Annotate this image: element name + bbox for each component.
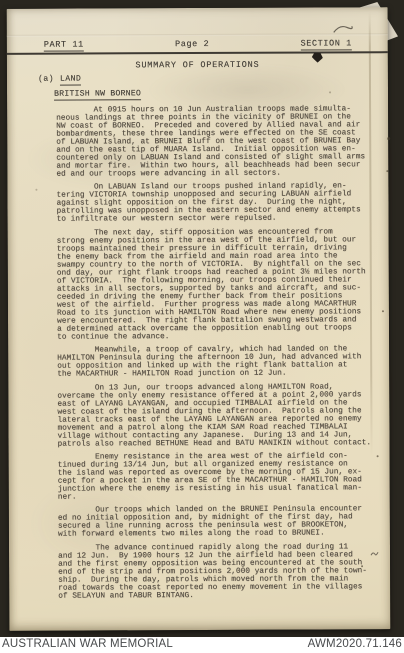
ink-speck — [361, 565, 363, 567]
paragraph-5: On 13 Jun, our troops advanced along HAM… — [57, 383, 379, 448]
ink-speck — [387, 137, 390, 140]
section-letter: (a) — [38, 75, 54, 84]
ink-speck — [382, 310, 384, 312]
paragraph-3: The next day, stiff opposition was encou… — [57, 228, 379, 341]
pen-mark-icon — [332, 22, 354, 34]
document-page: PART 11 Page 2 SECTION 1 SUMMARY OF OPER… — [7, 7, 391, 631]
ink-speck — [329, 91, 331, 93]
subsection-heading: BRITISH NW BORNEO — [54, 89, 141, 100]
header-page-number: Page 2 — [175, 39, 209, 51]
section-heading-land: (a)LAND — [38, 75, 81, 84]
paragraph-2: On LABUAN Island our troops pushed inlan… — [56, 183, 378, 224]
paragraph-1: At 0915 hours on 10 Jun Australian troop… — [56, 105, 378, 178]
page-header: PART 11 Page 2 SECTION 1 — [44, 38, 352, 51]
header-section-label: SECTION 1 — [300, 38, 351, 50]
section-name: LAND — [60, 75, 81, 86]
archive-reference-number: AWM2020.71.146 — [308, 638, 402, 650]
ink-speck — [35, 189, 37, 191]
paragraph-7: Our troops which landed on the BRUNEI Pe… — [58, 506, 380, 539]
document-body: At 0915 hours on 10 Jun Australian troop… — [56, 105, 380, 606]
paragraph-6: Enemy resistance in the area west of the… — [58, 452, 380, 501]
paper-crease — [7, 33, 388, 37]
document-title: SUMMARY OF OPERATIONS — [7, 59, 388, 71]
paragraph-8: The advance continued rapidly along the … — [58, 543, 380, 600]
paragraph-4: Meanwhile, a troop of cavalry, which had… — [57, 345, 379, 378]
archive-institution-label: AUSTRALIAN WAR MEMORIAL — [2, 638, 173, 650]
header-part-label: PART 11 — [44, 39, 84, 51]
scanned-document: PART 11 Page 2 SECTION 1 SUMMARY OF OPER… — [0, 0, 404, 653]
ink-speck — [377, 455, 379, 457]
ink-speck — [386, 170, 388, 172]
header-rule — [7, 51, 388, 54]
archive-footer: AUSTRALIAN WAR MEMORIAL AWM2020.71.146 — [0, 637, 404, 653]
